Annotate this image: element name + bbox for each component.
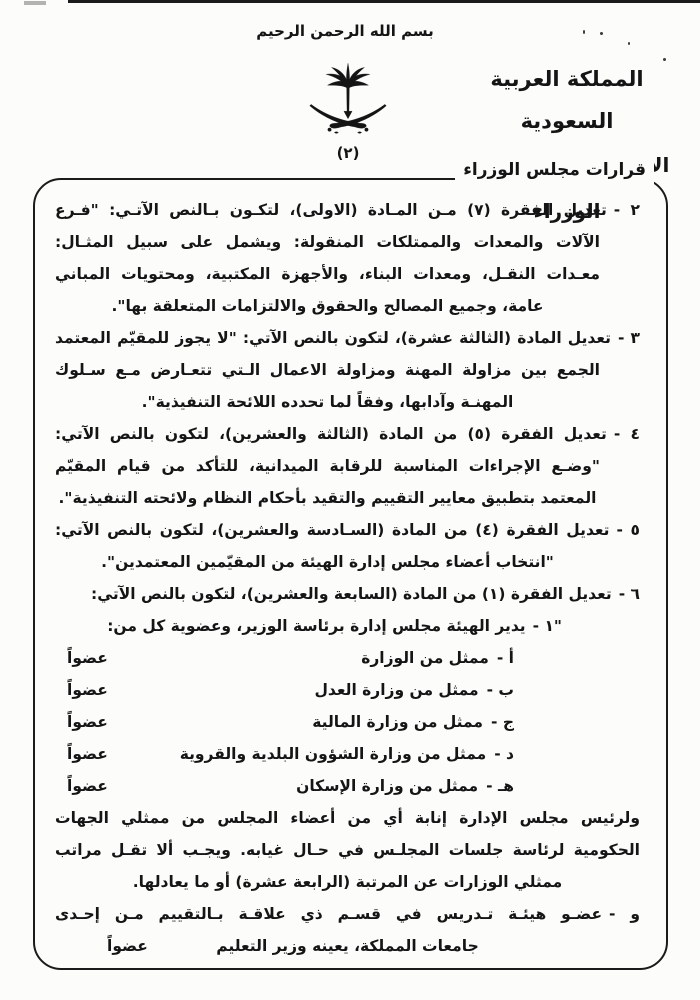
member-text: ممثل من وزارة الإسكان [296, 777, 478, 795]
item-number: ٣ - [618, 329, 640, 347]
decree-item-5: ٥ -تعديل الفقرة (٤) من المادة (السـادسة … [55, 514, 640, 578]
bismillah-calligraphy: بسم الله الرحمن الرحيم [240, 22, 450, 40]
scan-speck [600, 32, 603, 35]
scan-speck [628, 42, 630, 45]
member-letter: أ - [497, 649, 514, 667]
member-entry: هـ -ممثل من وزارة الإسكان [296, 770, 514, 802]
decree-item-6: ٦ -تعديل الفقرة (١) من المادة (السابعة و… [55, 578, 640, 610]
member-entry: أ -ممثل من الوزارة [361, 642, 514, 674]
subitem-number: "١ - [533, 617, 562, 635]
decree-item-3: ٣ -تعديل المادة (الثالثة عشرة)، لتكون با… [55, 322, 640, 418]
member-entry: د -ممثل من وزارة الشؤون البلدية والقروية [180, 738, 514, 770]
member-role: عضواً [67, 770, 108, 802]
member-letter: و - [609, 905, 640, 923]
board-member-f-line1: و -عضـو هيئـة تـدريس في قسـم ذي علاقـة ب… [55, 898, 640, 930]
item-text: تعديل الفقرة (٧) مـن المـادة (الاولى)، ل… [55, 201, 607, 315]
item-number: ٤ - [614, 425, 640, 443]
page-number: (٢) [302, 144, 394, 162]
subitem-text: يدير الهيئة مجلس إدارة برئاسة الوزير، وع… [107, 617, 525, 635]
item-text: تعديل الفقرة (٤) من المادة (السـادسة وال… [55, 521, 609, 571]
member-text: عضـو هيئـة تـدريس في قسـم ذي علاقـة بـال… [55, 905, 602, 923]
member-role: عضواً [67, 642, 108, 674]
board-member-row: هـ -ممثل من وزارة الإسكان عضواً [55, 770, 640, 802]
decree-item-4: ٤ -تعديل الفقرة (٥) من المادة (الثالثة و… [55, 418, 640, 514]
member-text: ممثل من وزارة المالية [312, 713, 483, 731]
scanned-decree-page: بسم الله الرحمن الرحيم المملكة العربية ا… [0, 0, 700, 1000]
board-member-row: ج -ممثل من وزارة المالية عضواً [55, 706, 640, 738]
item-number: ٥ - [616, 521, 640, 539]
saudi-emblem-icon [302, 62, 394, 144]
member-entry: ج -ممثل من وزارة المالية [312, 706, 514, 738]
item-text: تعديل المادة (الثالثة عشرة)، لتكون بالنص… [55, 329, 611, 411]
section-title-calligraphy: قرارات مجلس الوزراء [455, 150, 654, 190]
member-text: ممثل من وزارة الشؤون البلدية والقروية [180, 745, 487, 763]
member-letter: هـ - [486, 777, 514, 795]
decree-subitem-1: "١ -يدير الهيئة مجلس إدارة برئاسة الوزير… [55, 610, 640, 642]
item-text: تعديل الفقرة (١) من المادة (السابعة والع… [91, 585, 612, 603]
scan-speck [583, 30, 585, 34]
decree-item-2: ٢ -تعديل الفقرة (٧) مـن المـادة (الاولى)… [55, 194, 640, 322]
board-member-row: أ -ممثل من الوزارة عضواً [55, 642, 640, 674]
board-member-row: د -ممثل من وزارة الشؤون البلدية والقروية… [55, 738, 640, 770]
member-entry: ب -ممثل من وزارة العدل [314, 674, 514, 706]
member-text: جامعات المملكة، يعينه وزير التعليم [216, 937, 479, 955]
member-role: عضواً [67, 674, 108, 706]
item-text: تعديل الفقرة (٥) من المادة (الثالثة والع… [55, 425, 607, 507]
member-text: ممثل من الوزارة [361, 649, 489, 667]
member-role: عضواً [67, 706, 108, 738]
org-name-line: المملكة العربية السعودية [442, 58, 692, 142]
scan-top-edge-line [68, 0, 700, 3]
item-number: ٢ - [614, 201, 640, 219]
item-number: ٦ - [619, 585, 640, 603]
scan-smudge [24, 1, 46, 5]
board-member-f-line2: جامعات المملكة، يعينه وزير التعليم عضواً [55, 930, 640, 962]
member-role: عضواً [107, 930, 148, 962]
chairman-delegation-note: ولرئيس مجلس الإدارة إنابة أي من أعضاء ال… [55, 802, 640, 898]
member-text: ممثل من وزارة العدل [314, 681, 478, 699]
decree-content-frame: ٢ -تعديل الفقرة (٧) مـن المـادة (الاولى)… [33, 178, 668, 970]
board-member-row: ب -ممثل من وزارة العدل عضواً [55, 674, 640, 706]
member-letter: د - [494, 745, 514, 763]
member-letter: ج - [491, 713, 514, 731]
member-letter: ب - [487, 681, 514, 699]
member-role: عضواً [67, 738, 108, 770]
